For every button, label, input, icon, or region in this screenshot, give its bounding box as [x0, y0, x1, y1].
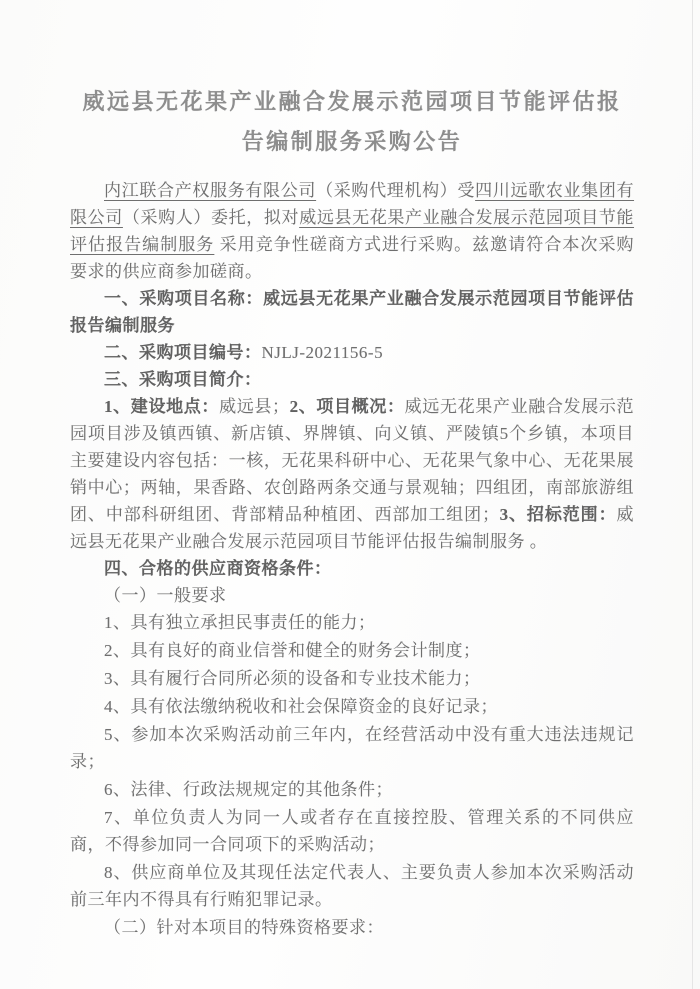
qualification-label: 四、合格的供应商资格条件：: [104, 559, 332, 578]
requirement-item: 6、法律、行政法规规定的其他条件；: [70, 776, 634, 803]
project-name-label: 一、采购项目名称：: [104, 289, 263, 308]
intro-paragraph: 内江联合产权服务有限公司（采购代理机构）受四川远歌农业集团有限公司（采购人）委托…: [70, 177, 634, 285]
section-qualification-heading: 四、合格的供应商资格条件：: [70, 555, 634, 582]
requirement-item: 2、具有良好的商业信誉和健全的财务会计制度；: [70, 637, 634, 664]
overview-label: 三、采购项目简介：: [104, 370, 262, 389]
project-number-value: NJLJ-2021156-5: [262, 343, 384, 362]
requirement-item: 5、参加本次采购活动前三年内，在经营活动中没有重大违法违规记录；: [70, 721, 634, 775]
location-label: 1、建设地点：: [104, 397, 219, 416]
requirement-item: 3、具有履行合同所必须的设备和专业技术能力；: [70, 665, 634, 692]
scanned-document: { "document": { "title": "威远县无花果产业融合发展示范…: [0, 0, 700, 989]
agency-role: （采购代理机构）受: [316, 181, 475, 200]
special-requirements-title: （二）针对本项目的特殊资格要求：: [70, 914, 634, 941]
agency-name: 内江联合产权服务有限公司: [104, 181, 316, 200]
requirement-item: 8、供应商单位及其现任法定代表人、主要负责人参加本次采购活动前三年内不得具有行贿…: [70, 859, 634, 913]
document-page: 威远县无花果产业融合发展示范园项目节能评估报告编制服务采购公告 内江联合产权服务…: [0, 0, 700, 989]
requirement-item: 1、具有独立承担民事责任的能力；: [70, 609, 634, 636]
section-project-name: 一、采购项目名称：威远县无花果产业融合发展示范园项目节能评估报告编制服务: [70, 285, 634, 339]
document-title: 威远县无花果产业融合发展示范园项目节能评估报告编制服务采购公告: [80, 82, 625, 162]
requirement-item: 4、具有依法缴纳税收和社会保障资金的良好记录；: [70, 693, 634, 720]
purchaser-suffix: （采购人）委托，拟对: [123, 208, 299, 227]
project-number-label: 二、采购项目编号：: [104, 343, 262, 362]
scope-label: 3、招标范围：: [500, 505, 617, 524]
profile-label: 2、项目概况：: [290, 397, 405, 416]
location-value: 威远县；: [219, 397, 289, 416]
requirement-item: 7、单位负责人为同一人或者存在直接控股、管理关系的不同供应商，不得参加同一合同项…: [70, 804, 634, 858]
section-overview-heading: 三、采购项目简介：: [70, 366, 634, 393]
overview-paragraph: 1、建设地点：威远县；2、项目概况：威远无花果产业融合发展示范园项目涉及镇西镇、…: [70, 393, 634, 555]
general-requirements-title: （一）一般要求: [70, 582, 634, 609]
section-project-number: 二、采购项目编号：NJLJ-2021156-5: [70, 339, 634, 366]
